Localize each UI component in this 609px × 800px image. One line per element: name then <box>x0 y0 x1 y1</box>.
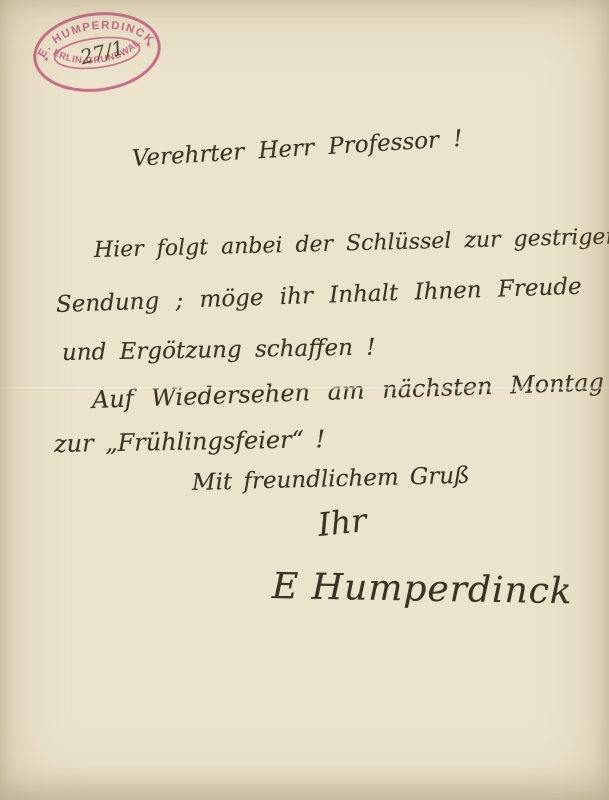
stamp-handwritten-number: 27/1 <box>77 36 127 69</box>
stamp-right-star-icon: ✶ <box>144 39 152 50</box>
signature: E Humperdinck <box>272 566 573 612</box>
stamp-graphic: E. HUMPERDINCK BERLIN-GRUNEWALD ✶ ✶ 27/1 <box>21 0 173 106</box>
stamp-left-star-icon: ✶ <box>42 54 50 65</box>
body-line-5: zur „Frühlingsfeier“ ! <box>54 425 326 458</box>
body-line-3: und Ergötzung schaffen ! <box>62 335 376 366</box>
body-line-2: Sendung ; möge ihr Inhalt Ihnen Freude <box>56 274 582 318</box>
letter-page: E. HUMPERDINCK BERLIN-GRUNEWALD ✶ ✶ 27/1… <box>0 0 609 800</box>
body-line-1: Hier folgt anbei der Schlüssel zur gestr… <box>94 224 609 263</box>
greeting-line: Verehrter Herr Professor ! <box>131 126 463 172</box>
owner-stamp: E. HUMPERDINCK BERLIN-GRUNEWALD ✶ ✶ 27/1 <box>21 0 173 106</box>
closing-line: Mit freundlichem Gruß <box>192 463 470 496</box>
body-line-4: Auf Wiedersehen am nächsten Montag <box>92 368 605 414</box>
monogram-flourish: Ihr <box>316 501 368 544</box>
